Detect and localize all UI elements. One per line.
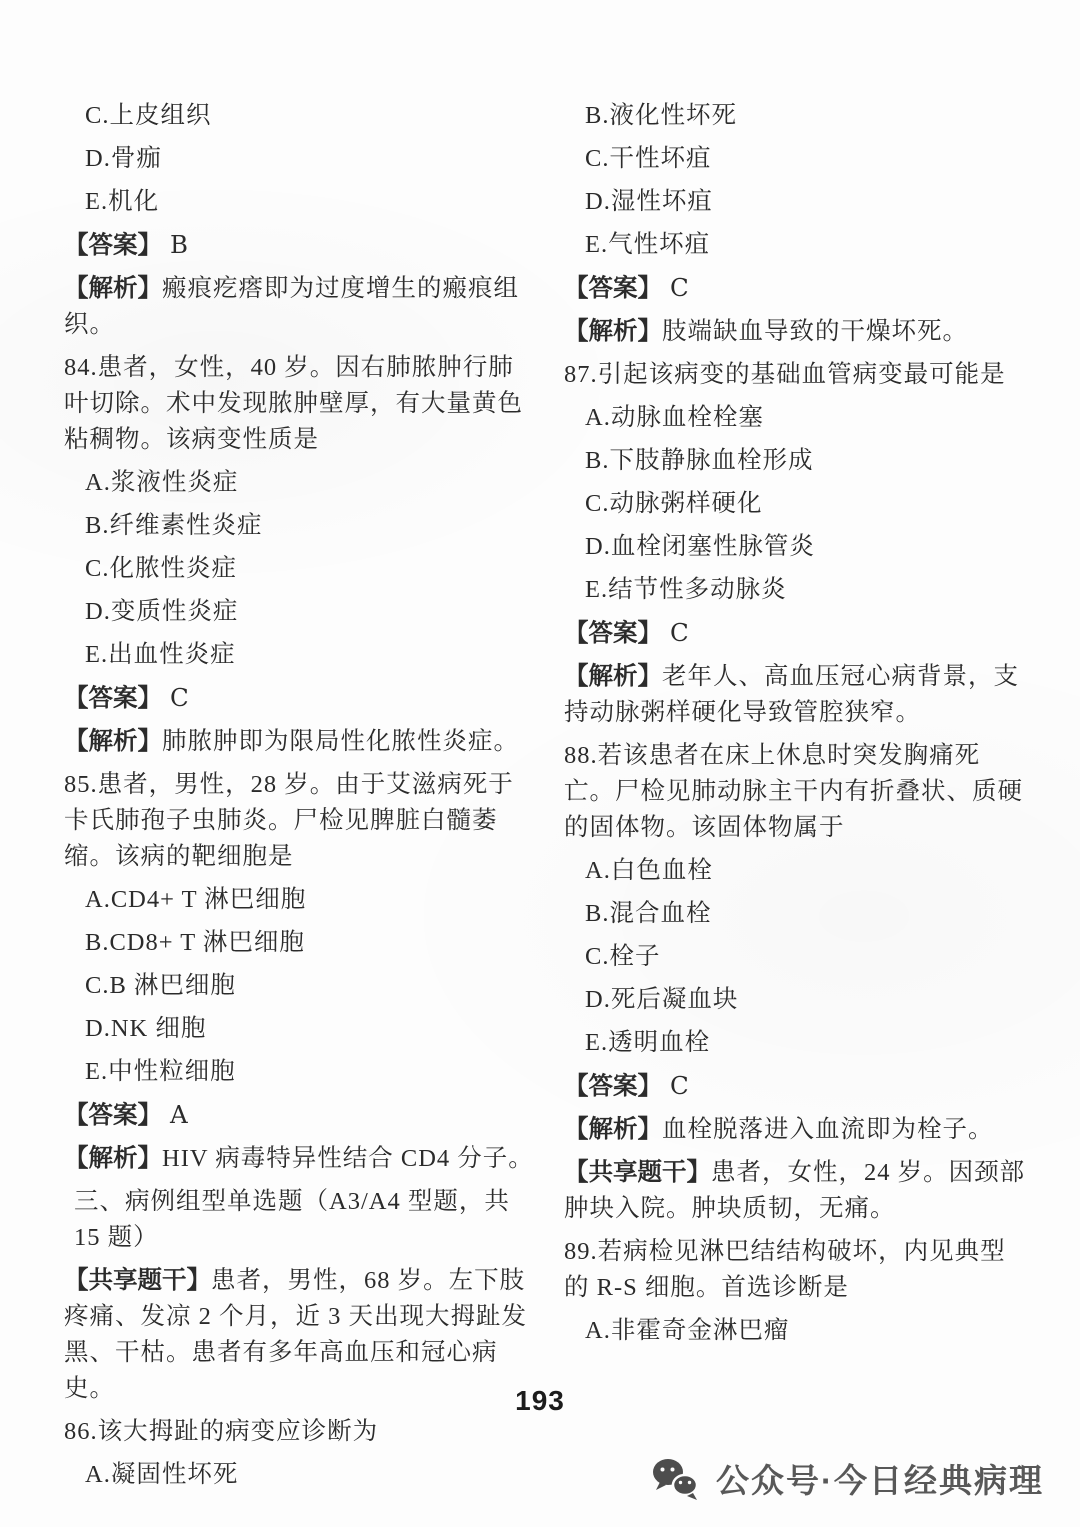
answer-option: C.上皮组织 xyxy=(64,98,534,134)
page-number: 193 xyxy=(0,1385,1080,1417)
answer-option: A.CD4+ T 淋巴细胞 xyxy=(64,882,534,918)
answer-line: 【答案】C xyxy=(564,270,1030,307)
question-text: 85.患者，男性，28 岁。由于艾滋病死于卡氏肺孢子虫肺炎。尸检见脾脏白髓萎缩。… xyxy=(64,767,534,875)
analysis-label: 【解析】 xyxy=(64,728,162,755)
analysis-label: 【解析】 xyxy=(564,1116,662,1143)
answer-value: C xyxy=(170,683,190,712)
wechat-icon xyxy=(651,1457,701,1501)
analysis-label: 【解析】 xyxy=(564,318,662,345)
analysis-line: 【解析】老年人、高血压冠心病背景，支持动脉粥样硬化导致管腔狭窄。 xyxy=(564,659,1030,731)
answer-value: C xyxy=(670,1071,690,1100)
answer-option: E.透明血栓 xyxy=(564,1025,1030,1061)
answer-option: E.机化 xyxy=(64,184,534,220)
answer-option: D.湿性坏疽 xyxy=(564,184,1030,220)
analysis-label: 【解析】 xyxy=(64,275,162,302)
analysis-value: HIV 病毒特异性结合 CD4 分子。 xyxy=(162,1145,534,1172)
answer-option: A.凝固性坏死 xyxy=(64,1457,534,1493)
two-column-layout: C.上皮组织D.骨痂E.机化【答案】B【解析】瘢痕疙瘩即为过度增生的瘢痕组织。8… xyxy=(64,98,1030,1500)
answer-option: A.白色血栓 xyxy=(564,853,1030,889)
answer-option: C.干性坏疽 xyxy=(564,141,1030,177)
answer-label: 【答案】 xyxy=(64,232,162,259)
answer-option: A.动脉血栓栓塞 xyxy=(564,400,1030,436)
question-text: 87.引起该病变的基础血管病变最可能是 xyxy=(564,357,1030,393)
answer-label: 【答案】 xyxy=(64,1102,162,1129)
answer-option: B.液化性坏死 xyxy=(564,98,1030,134)
answer-option: C.化脓性炎症 xyxy=(64,551,534,587)
shared-stem: 【共享题干】患者，女性，24 岁。因颈部肿块入院。肿块质韧，无痛。 xyxy=(564,1155,1030,1227)
answer-option: A.非霍奇金淋巴瘤 xyxy=(564,1313,1030,1349)
left-column: C.上皮组织D.骨痂E.机化【答案】B【解析】瘢痕疙瘩即为过度增生的瘢痕组织。8… xyxy=(64,98,534,1500)
watermark-text: 公众号·今日经典病理 xyxy=(716,1455,1044,1502)
watermark: 公众号·今日经典病理 xyxy=(651,1455,1044,1502)
analysis-label: 【解析】 xyxy=(64,1145,162,1172)
right-column: B.液化性坏死C.干性坏疽D.湿性坏疽E.气性坏疽【答案】C【解析】肢端缺血导致… xyxy=(564,98,1030,1500)
answer-value: B xyxy=(170,230,189,259)
answer-option: C.B 淋巴细胞 xyxy=(64,968,534,1004)
analysis-label: 【解析】 xyxy=(564,663,662,690)
answer-option: B.混合血栓 xyxy=(564,896,1030,932)
answer-value: C xyxy=(670,618,690,647)
answer-option: E.中性粒细胞 xyxy=(64,1054,534,1090)
answer-option: D.死后凝血块 xyxy=(564,982,1030,1018)
analysis-value: 肺脓肿即为限局性化脓性炎症。 xyxy=(162,728,519,755)
answer-option: E.出血性炎症 xyxy=(64,637,534,673)
answer-option: B.CD8+ T 淋巴细胞 xyxy=(64,925,534,961)
analysis-line: 【解析】瘢痕疙瘩即为过度增生的瘢痕组织。 xyxy=(64,271,534,343)
answer-line: 【答案】C xyxy=(564,615,1030,652)
answer-option: E.结节性多动脉炎 xyxy=(564,572,1030,608)
answer-option: B.纤维素性炎症 xyxy=(64,508,534,544)
document-page: C.上皮组织D.骨痂E.机化【答案】B【解析】瘢痕疙瘩即为过度增生的瘢痕组织。8… xyxy=(0,0,1080,1527)
answer-label: 【答案】 xyxy=(564,1073,662,1100)
analysis-value: 肢端缺血导致的干燥坏死。 xyxy=(662,318,968,345)
answer-option: C.动脉粥样硬化 xyxy=(564,486,1030,522)
question-text: 89.若病检见淋巴结结构破坏，内见典型的 R-S 细胞。首选诊断是 xyxy=(564,1234,1030,1306)
answer-option: A.浆液性炎症 xyxy=(64,465,534,501)
question-text: 88.若该患者在床上休息时突发胸痛死亡。尸检见肺动脉主干内有折叠状、质硬的固体物… xyxy=(564,738,1030,846)
answer-label: 【答案】 xyxy=(64,685,162,712)
answer-label: 【答案】 xyxy=(564,620,662,647)
section-heading: 三、病例组型单选题（A3/A4 型题，共 15 题） xyxy=(64,1184,534,1256)
answer-option: C.栓子 xyxy=(564,939,1030,975)
analysis-line: 【解析】肺脓肿即为限局性化脓性炎症。 xyxy=(64,724,534,760)
analysis-line: 【解析】肢端缺血导致的干燥坏死。 xyxy=(564,314,1030,350)
answer-line: 【答案】B xyxy=(64,227,534,264)
analysis-value: 血栓脱落进入血流即为栓子。 xyxy=(662,1116,994,1143)
question-text: 84.患者，女性，40 岁。因右肺脓肿行肺叶切除。术中发现脓肿壁厚，有大量黄色粘… xyxy=(64,350,534,458)
answer-option: D.NK 细胞 xyxy=(64,1011,534,1047)
answer-label: 【答案】 xyxy=(564,275,662,302)
analysis-line: 【解析】血栓脱落进入血流即为栓子。 xyxy=(564,1112,1030,1148)
answer-value: A xyxy=(170,1100,189,1129)
answer-option: D.骨痂 xyxy=(64,141,534,177)
answer-option: D.变质性炎症 xyxy=(64,594,534,630)
stem-label: 【共享题干】 xyxy=(64,1267,211,1294)
stem-label: 【共享题干】 xyxy=(564,1159,711,1186)
answer-line: 【答案】C xyxy=(564,1068,1030,1105)
analysis-line: 【解析】HIV 病毒特异性结合 CD4 分子。 xyxy=(64,1141,534,1177)
answer-line: 【答案】C xyxy=(64,680,534,717)
answer-option: D.血栓闭塞性脉管炎 xyxy=(564,529,1030,565)
answer-line: 【答案】A xyxy=(64,1097,534,1134)
answer-option: B.下肢静脉血栓形成 xyxy=(564,443,1030,479)
answer-option: E.气性坏疽 xyxy=(564,227,1030,263)
answer-value: C xyxy=(670,273,690,302)
question-text: 86.该大拇趾的病变应诊断为 xyxy=(64,1414,534,1450)
